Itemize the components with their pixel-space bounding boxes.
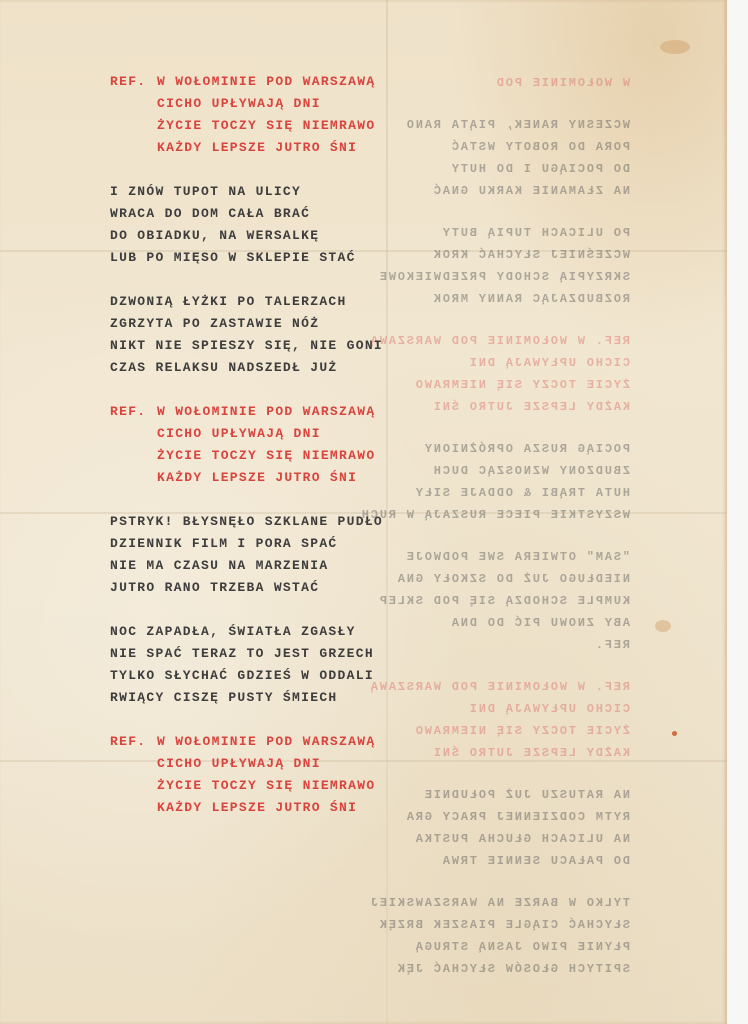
lyric-line: REF.W WOŁOMINIE POD WARSZAWĄ <box>110 71 383 93</box>
scan-background-edge <box>727 0 748 1024</box>
refrain-stanza: REF.W WOŁOMINIE POD WARSZAWĄCICHO UPŁYWA… <box>110 71 383 159</box>
lyric-line: CICHO UPŁYWAJĄ DNI <box>110 423 383 445</box>
show-through-line: NA RATUSZU JUŻ POŁUDNIE <box>350 784 630 806</box>
show-through-line: WCZEŚNIEJ SŁYCHAĆ KROK <box>350 244 630 266</box>
show-through-line: "SAM" OTWIERA SWE PODWOJE <box>350 546 630 568</box>
lyric-line: NIKT NIE SPIESZY SIĘ, NIE GONI <box>110 335 383 357</box>
paper-sheet: W WOŁOMINIE PODWCZESNY RANEK, PIĄTA RANO… <box>0 0 727 1024</box>
show-through-line: ŻYCIE TOCZY SIĘ NIEMRAWO <box>350 374 630 396</box>
show-through-line: NIEDŁUGO JUŻ DO SZKOŁY GNA <box>350 568 630 590</box>
lyric-text: ŻYCIE TOCZY SIĘ NIEMRAWO <box>157 448 375 463</box>
lyric-line: LUB PO MIĘSO W SKLEPIE STAĆ <box>110 247 383 269</box>
lyric-text: CICHO UPŁYWAJĄ DNI <box>157 426 321 441</box>
show-through-line: POCIĄG RUSZA OPRÓŻNIONY <box>350 438 630 460</box>
lyric-line: ŻYCIE TOCZY SIĘ NIEMRAWO <box>110 115 383 137</box>
lyric-text: DO OBIADKU, NA WERSALKĘ <box>110 228 319 243</box>
spacer <box>350 980 630 1000</box>
lyric-text: CICHO UPŁYWAJĄ DNI <box>157 96 321 111</box>
show-through-line: ABY ZNOWU PIĆ DO DNA <box>350 612 630 634</box>
spacer <box>350 418 630 438</box>
lyric-line: JUTRO RANO TRZEBA WSTAĆ <box>110 577 383 599</box>
spacer <box>350 764 630 784</box>
spacer <box>350 94 630 114</box>
lyric-text: DZIENNIK FILM I PORA SPAĆ <box>110 536 338 551</box>
lyric-text: I ZNÓW TUPOT NA ULICY <box>110 184 301 199</box>
show-through-line: NA ULICACH GŁUCHA PUSTKA <box>350 828 630 850</box>
show-through-line: ŻYCIE TOCZY SIĘ NIEMRAWO <box>350 720 630 742</box>
show-through-line: HUTA TRĄBI & ODDAJE SIŁY <box>350 482 630 504</box>
lyric-line: NOC ZAPADŁA, ŚWIATŁA ZGASŁY <box>110 621 383 643</box>
show-through-line: SPITYCH GŁOSÓW SŁYCHAĆ JĘK <box>350 958 630 980</box>
refrain-label: REF. <box>110 401 157 423</box>
spacer <box>350 202 630 222</box>
lyric-text: NOC ZAPADŁA, ŚWIATŁA ZGASŁY <box>110 624 356 639</box>
lyric-text: ŻYCIE TOCZY SIĘ NIEMRAWO <box>157 118 375 133</box>
lyric-text: KAŻDY LEPSZE JUTRO ŚNI <box>157 140 357 155</box>
lyric-text: CICHO UPŁYWAJĄ DNI <box>157 756 321 771</box>
show-through-line: SKRZYPIĄ SCHODY PRZEDWIEKOWE <box>350 266 630 288</box>
lyric-text: NIE SPAĆ TERAZ TO JEST GRZECH <box>110 646 374 661</box>
show-through-line: KUMPLE SCHODZĄ SIĘ POD SKLEP <box>350 590 630 612</box>
show-through-line: WCZESNY RANEK, PIĄTA RANO <box>350 114 630 136</box>
refrain-stanza: REF.W WOŁOMINIE POD WARSZAWĄCICHO UPŁYWA… <box>110 401 383 489</box>
lyric-text: ŻYCIE TOCZY SIĘ NIEMRAWO <box>157 778 375 793</box>
lyrics-front-text: REF.W WOŁOMINIE POD WARSZAWĄCICHO UPŁYWA… <box>110 71 383 841</box>
lyric-line: KAŻDY LEPSZE JUTRO ŚNI <box>110 467 383 489</box>
verse-stanza: PSTRYK! BŁYSNĘŁO SZKLANE PUDŁODZIENNIK F… <box>110 511 383 599</box>
lyric-text: ZGRZYTA PO ZASTAWIE NÓŻ <box>110 316 319 331</box>
show-through-line: PORA DO ROBOTY WSTAĆ <box>350 136 630 158</box>
show-through-line: KAŻDY LEPSZE JUTRO ŚNI <box>350 396 630 418</box>
spacer <box>350 526 630 546</box>
lyric-line: I ZNÓW TUPOT NA ULICY <box>110 181 383 203</box>
lyric-text: KAŻDY LEPSZE JUTRO ŚNI <box>157 470 357 485</box>
show-through-line: NA ZŁAMANIE KARKU GNAĆ <box>350 180 630 202</box>
verse-stanza: I ZNÓW TUPOT NA ULICYWRACA DO DOM CAŁA B… <box>110 181 383 269</box>
lyric-line: NIE MA CZASU NA MARZENIA <box>110 555 383 577</box>
lyric-line: WRACA DO DOM CAŁA BRAĆ <box>110 203 383 225</box>
lyric-text: NIKT NIE SPIESZY SIĘ, NIE GONI <box>110 338 383 353</box>
paper-stain <box>655 620 671 632</box>
lyric-line: PSTRYK! BŁYSNĘŁO SZKLANE PUDŁO <box>110 511 383 533</box>
lyric-line: KAŻDY LEPSZE JUTRO ŚNI <box>110 137 383 159</box>
lyric-text: W WOŁOMINIE POD WARSZAWĄ <box>157 734 375 749</box>
lyric-line: NIE SPAĆ TERAZ TO JEST GRZECH <box>110 643 383 665</box>
show-through-line: DO PAŁACU SENNIE TRWA <box>350 850 630 872</box>
lyric-line: CICHO UPŁYWAJĄ DNI <box>110 93 383 115</box>
spacer <box>350 656 630 676</box>
lyric-line: ZGRZYTA PO ZASTAWIE NÓŻ <box>110 313 383 335</box>
show-through-line: SŁYCHAĆ CIĄGLE PIASZEK BRZĘK <box>350 914 630 936</box>
show-through-line: WSZYSTKIE PIECE RUSZAJĄ W RUCH <box>350 504 630 526</box>
refrain-label: REF. <box>110 731 157 753</box>
lyric-line: DO OBIADKU, NA WERSALKĘ <box>110 225 383 247</box>
show-through-line: TYLKO W BARZE NA WARSZAWSKIEJ <box>350 892 630 914</box>
lyric-text: JUTRO RANO TRZEBA WSTAĆ <box>110 580 319 595</box>
lyric-line: DZIENNIK FILM I PORA SPAĆ <box>110 533 383 555</box>
lyric-line: DZWONIĄ ŁYŻKI PO TALERZACH <box>110 291 383 313</box>
lyric-text: W WOŁOMINIE POD WARSZAWĄ <box>157 404 375 419</box>
lyric-line: ŻYCIE TOCZY SIĘ NIEMRAWO <box>110 775 383 797</box>
lyric-line: KAŻDY LEPSZE JUTRO ŚNI <box>110 797 383 819</box>
lyric-line: REF.W WOŁOMINIE POD WARSZAWĄ <box>110 731 383 753</box>
show-through-line: REF. W WOŁOMINIE POD WARSZAWĄ <box>350 330 630 352</box>
show-through-line: RYTM CODZIENNEJ PRACY GRA <box>350 806 630 828</box>
show-through-line: KAŻDY LEPSZE JUTRO ŚNI <box>350 742 630 764</box>
show-through-line: CICHO UPŁYWAJĄ DNI <box>350 352 630 374</box>
lyric-text: W WOŁOMINIE POD WARSZAWĄ <box>157 74 375 89</box>
lyric-text: CZAS RELAKSU NADSZEDŁ JUŻ <box>110 360 338 375</box>
refrain-label: REF. <box>110 71 157 93</box>
show-through-line: CICHO UPŁYWAJĄ DNI <box>350 698 630 720</box>
show-through-line: ZBUDZONY WZNOSZĄC DUCH <box>350 460 630 482</box>
verse-stanza: NOC ZAPADŁA, ŚWIATŁA ZGASŁYNIE SPAĆ TERA… <box>110 621 383 709</box>
refrain-stanza: REF.W WOŁOMINIE POD WARSZAWĄCICHO UPŁYWA… <box>110 731 383 819</box>
show-through-line: PO ULICACH TUPIĄ BUTY <box>350 222 630 244</box>
lyric-line: CZAS RELAKSU NADSZEDŁ JUŻ <box>110 357 383 379</box>
lyric-text: NIE MA CZASU NA MARZENIA <box>110 558 328 573</box>
lyric-text: DZWONIĄ ŁYŻKI PO TALERZACH <box>110 294 347 309</box>
spacer <box>350 872 630 892</box>
show-through-line: REF. W WOŁOMINIE POD WARSZAWĄ <box>350 676 630 698</box>
lyric-text: WRACA DO DOM CAŁA BRAĆ <box>110 206 310 221</box>
lyric-text: PSTRYK! BŁYSNĘŁO SZKLANE PUDŁO <box>110 514 383 529</box>
spacer <box>350 310 630 330</box>
show-through-line: W WOŁOMINIE POD <box>350 72 630 94</box>
show-through-text: W WOŁOMINIE PODWCZESNY RANEK, PIĄTA RANO… <box>350 72 630 1000</box>
lyric-text: KAŻDY LEPSZE JUTRO ŚNI <box>157 800 357 815</box>
lyric-line: REF.W WOŁOMINIE POD WARSZAWĄ <box>110 401 383 423</box>
show-through-line: DO POCIĄGU I DO HUTY <box>350 158 630 180</box>
lyric-text: TYLKO SŁYCHAĆ GDZIEŚ W ODDALI <box>110 668 374 683</box>
lyric-line: ŻYCIE TOCZY SIĘ NIEMRAWO <box>110 445 383 467</box>
paper-stain <box>660 40 690 54</box>
verse-stanza: DZWONIĄ ŁYŻKI PO TALERZACHZGRZYTA PO ZAS… <box>110 291 383 379</box>
lyric-line: CICHO UPŁYWAJĄ DNI <box>110 753 383 775</box>
lyric-text: LUB PO MIĘSO W SKLEPIE STAĆ <box>110 250 356 265</box>
lyric-line: RWIĄCY CISZĘ PUSTY ŚMIECH <box>110 687 383 709</box>
lyric-text: RWIĄCY CISZĘ PUSTY ŚMIECH <box>110 690 338 705</box>
show-through-line: REF. <box>350 634 630 656</box>
show-through-line: PŁYNIE PIWO JASNĄ STRUGĄ <box>350 936 630 958</box>
paper-stain <box>672 731 677 736</box>
show-through-line: ROZBUDZAJĄC RANNY MROK <box>350 288 630 310</box>
lyric-line: TYLKO SŁYCHAĆ GDZIEŚ W ODDALI <box>110 665 383 687</box>
